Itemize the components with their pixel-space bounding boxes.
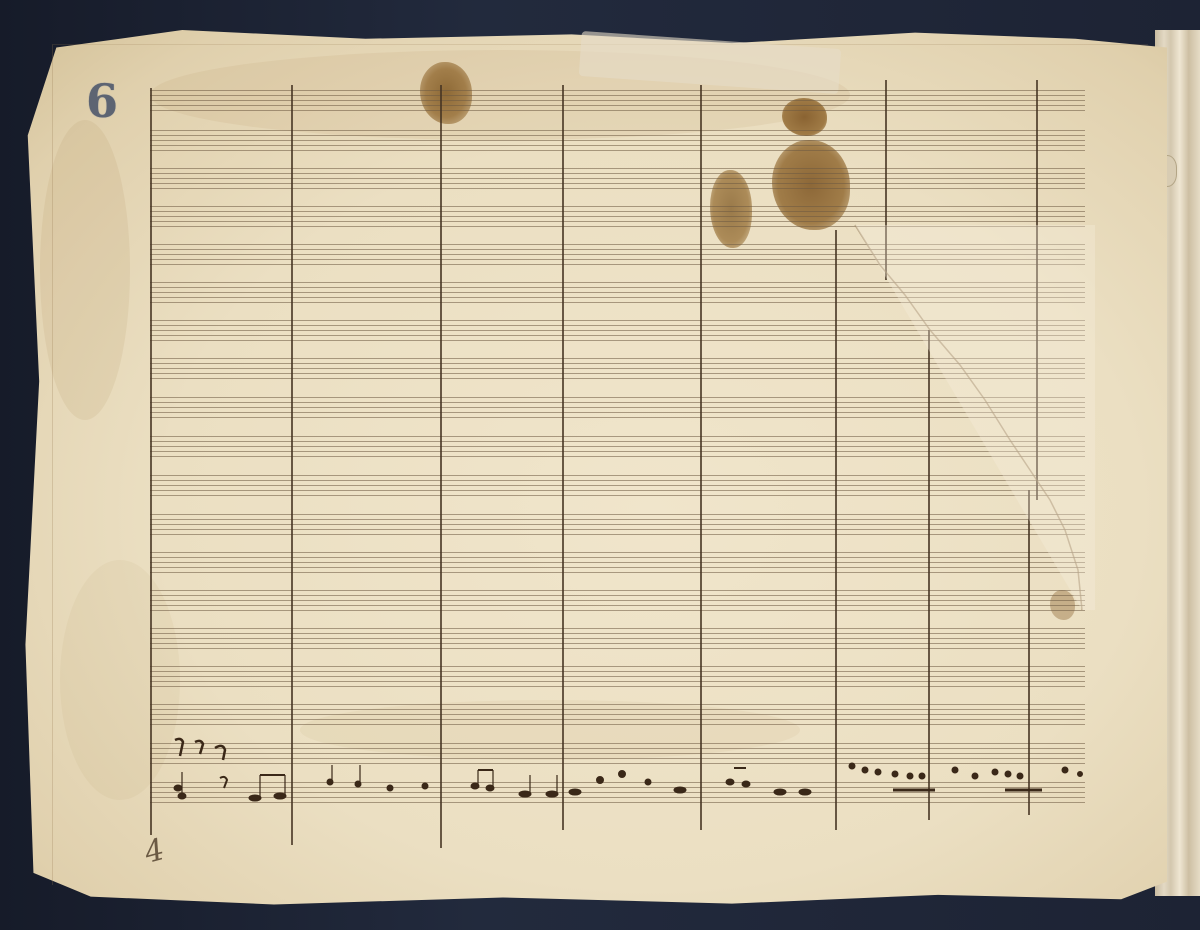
- handwritten-notes: [160, 730, 1100, 820]
- barline-1: [150, 88, 152, 835]
- foxing-left-edge: [40, 120, 130, 420]
- barline-5: [700, 85, 702, 830]
- barline-4: [562, 85, 564, 830]
- barline-9: [1036, 80, 1038, 500]
- barline-7: [885, 80, 887, 280]
- page-number: 6: [86, 74, 117, 128]
